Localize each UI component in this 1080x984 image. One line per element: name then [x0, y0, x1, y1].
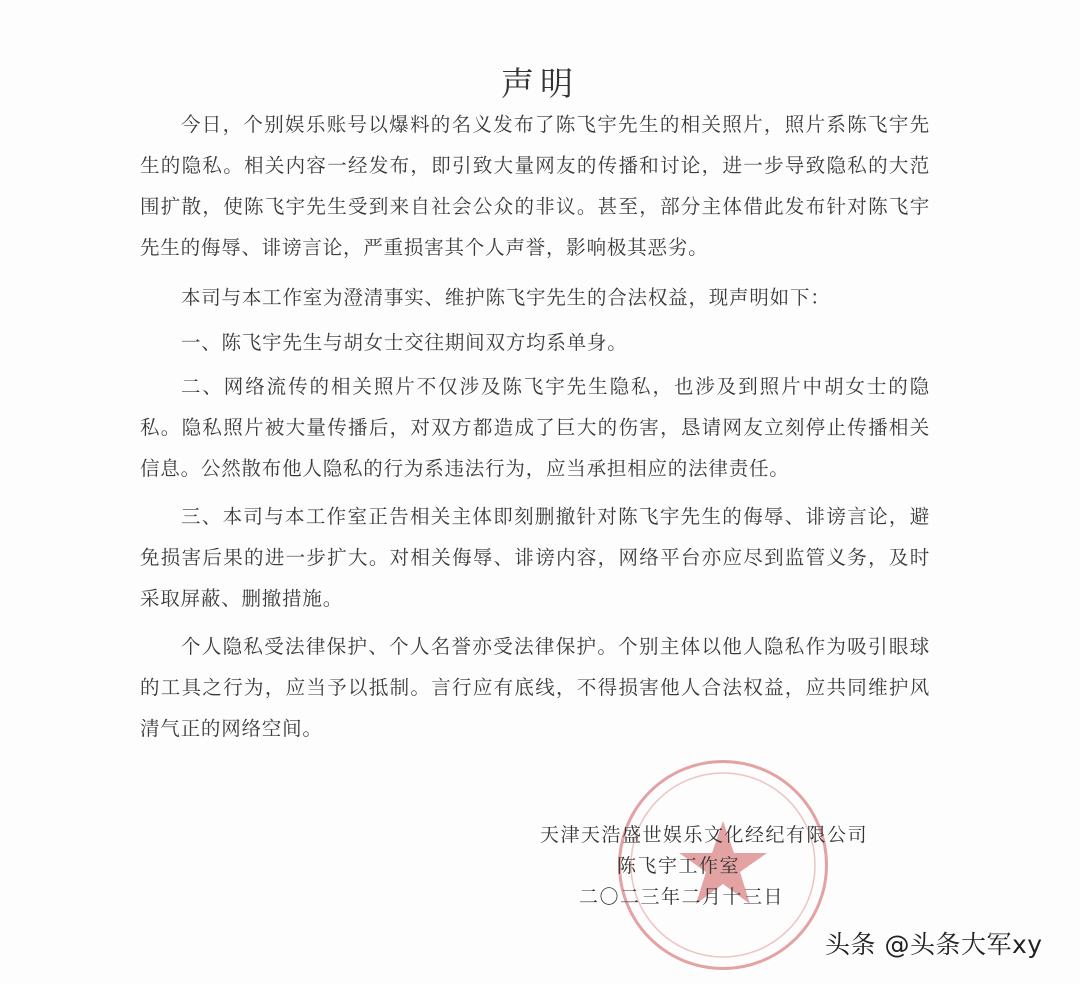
signature-date: 二〇二三年二月十三日	[579, 882, 784, 909]
signature-studio: 陈飞宇工作室	[617, 851, 740, 878]
paragraph-closing: 个人隐私受法律保护、个人名誉亦受法律保护。个别主体以他人隐私作为吸引眼球的工具之…	[140, 626, 930, 749]
paragraph-intro: 今日，个别娱乐账号以爆料的名义发布了陈飞宇先生的相关照片，照片系陈飞宇先生的隐私…	[140, 104, 930, 268]
paragraph-point-two: 二、网络流传的相关照片不仅涉及陈飞宇先生隐私，也涉及到照片中胡女士的隐私。隐私照…	[140, 366, 930, 489]
paragraph-point-three: 三、本司与本工作室正告相关主体即刻删撤针对陈飞宇先生的侮辱、诽谤言论，避免损害后…	[140, 496, 930, 619]
document-title: 声明	[0, 58, 1080, 105]
paragraph-declaration-lead: 本司与本工作室为澄清事实、维护陈飞宇先生的合法权益，现声明如下：	[140, 277, 930, 318]
paragraph-point-one: 一、陈飞宇先生与胡女士交往期间双方均系单身。	[140, 322, 930, 363]
source-watermark: 头条 @头条大军xy	[825, 925, 1043, 961]
signature-company: 天津天浩盛世娱乐文化经纪有限公司	[540, 820, 868, 847]
